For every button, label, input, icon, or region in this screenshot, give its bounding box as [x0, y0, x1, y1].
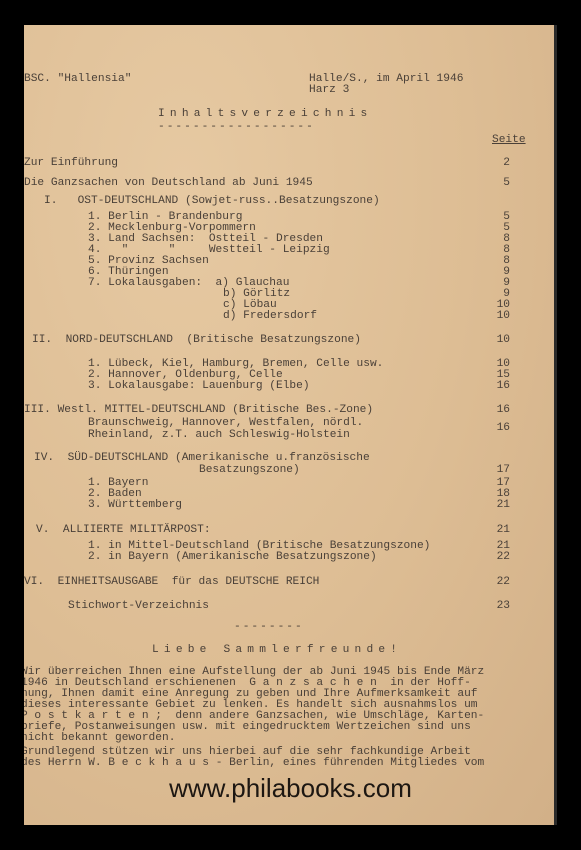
toc-entry: 3. Lokalausgabe: Lauenburg (Elbe)	[88, 381, 310, 392]
toc-title-rule: ------------------	[158, 122, 315, 133]
toc-page: 2	[484, 158, 510, 169]
toc-entry: Besatzungszone)	[199, 465, 300, 476]
toc-page: 10	[484, 311, 510, 322]
toc-page: 16	[484, 381, 510, 392]
toc-entry: 3. Württemberg	[88, 500, 182, 511]
toc-entry: Rheinland, z.T. auch Schleswig-Holstein	[88, 430, 350, 441]
toc-page: 17	[484, 465, 510, 476]
toc-entry: Zur Einführung	[24, 158, 118, 169]
toc-page: 22	[484, 552, 510, 563]
watermark: www.philabooks.com	[0, 773, 581, 804]
toc-section: III. Westl. MITTEL-DEUTSCHLAND (Britisch…	[24, 405, 373, 416]
toc-entry: d) Fredersdorf	[223, 311, 317, 322]
document-page: BSC. "Hallensia" Halle/S., im April 1946…	[24, 25, 557, 825]
toc-section: V. ALLIIERTE MILITÄRPOST:	[36, 525, 211, 536]
letter-line: nicht bekannt geworden.	[24, 733, 175, 744]
toc-title: Inhaltsverzeichnis	[158, 109, 372, 120]
toc-page: 16	[484, 405, 510, 416]
toc-section: VI. EINHEITSAUSGABE für das DEUTSCHE REI…	[24, 577, 319, 588]
issue-number: Harz 3	[309, 85, 349, 96]
toc-entry: Braunschweig, Hannover, Westfalen, nördl…	[88, 418, 363, 429]
toc-page: 10	[484, 335, 510, 346]
toc-entry: Stichwort-Verzeichnis	[68, 601, 209, 612]
toc-page: 5	[484, 178, 510, 189]
toc-entry: 2. in Bayern (Amerikanische Besatzungszo…	[88, 552, 377, 563]
toc-section: II. NORD-DEUTSCHLAND (Britische Besatzun…	[32, 335, 361, 346]
letter-line: des Herrn W. B e c k h a u s - Berlin, e…	[24, 758, 484, 769]
salutation: Liebe Sammlerfreunde!	[152, 645, 402, 656]
toc-page: 22	[484, 577, 510, 588]
separator-rule: --------	[234, 622, 304, 633]
toc-section: IV. SÜD-DEUTSCHLAND (Amerikanische u.fra…	[34, 453, 370, 464]
toc-page: 23	[484, 601, 510, 612]
toc-page: 16	[484, 423, 510, 434]
toc-section: I. OST-DEUTSCHLAND (Sowjet-russ..Besatzu…	[44, 196, 380, 207]
toc-page: 21	[484, 525, 510, 536]
club-name: BSC. "Hallensia"	[24, 74, 131, 85]
bottom-border	[0, 825, 581, 850]
toc-page: 21	[484, 500, 510, 511]
page-column-label: Seite	[492, 135, 526, 146]
toc-entry: Die Ganzsachen von Deutschland ab Juni 1…	[24, 178, 313, 189]
